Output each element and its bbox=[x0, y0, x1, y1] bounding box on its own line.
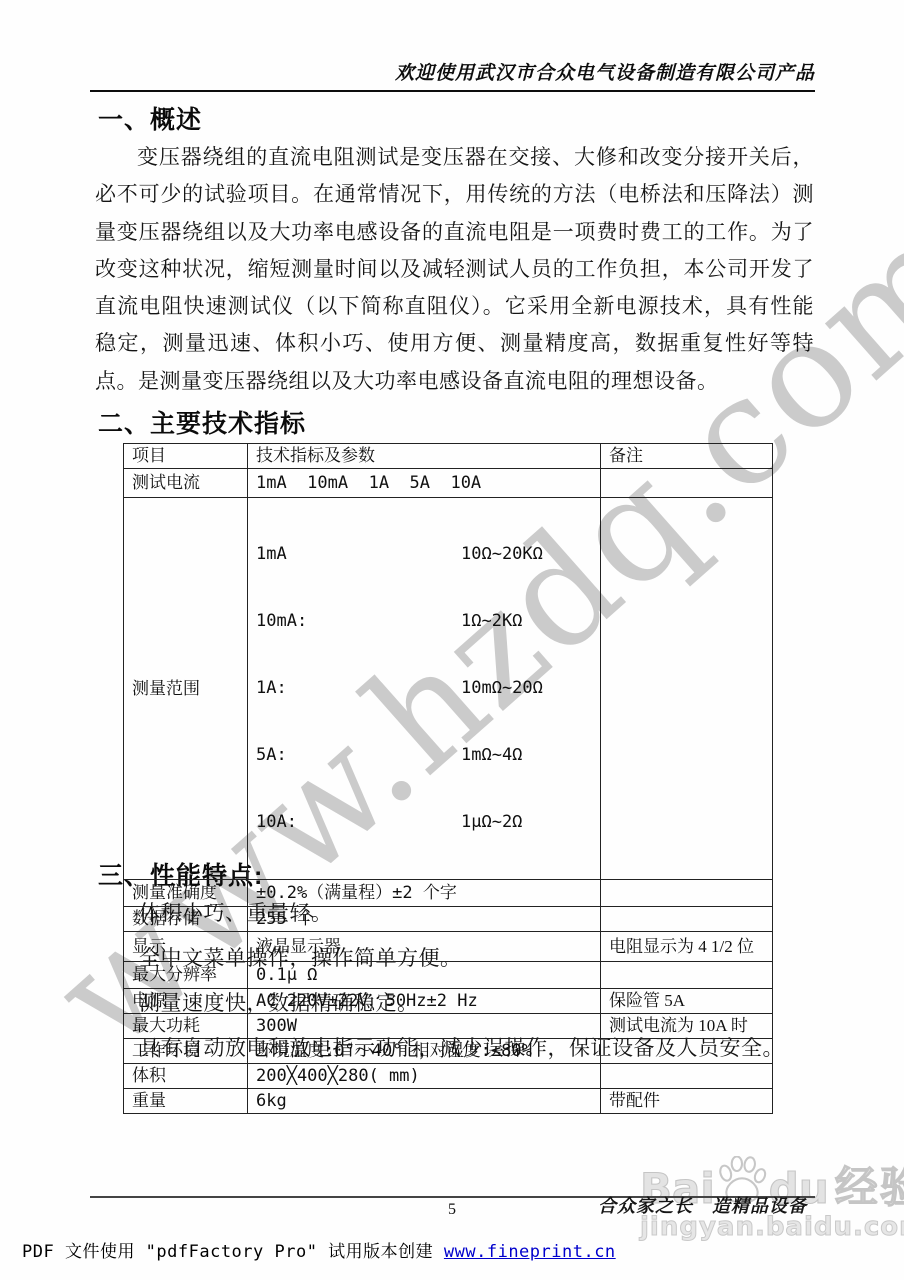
range-line: 10mA:1Ω~2KΩ bbox=[256, 610, 592, 633]
table-row: 工作环境 环境温度:0°～40° 相对湿度:≤80% bbox=[124, 1039, 773, 1064]
range-value: 1mΩ~4Ω bbox=[461, 744, 592, 767]
row-remark bbox=[601, 1039, 773, 1064]
table-header-row: 项目 技术指标及参数 备注 bbox=[124, 444, 773, 469]
pdf-factory-notice: PDF 文件使用 "pdfFactory Pro" 试用版本创建 www.fin… bbox=[22, 1237, 616, 1262]
row-value: 环境温度:0°～40° 相对湿度:≤80% bbox=[248, 1039, 601, 1064]
range-line: 1mA10Ω~20KΩ bbox=[256, 543, 592, 566]
row-value: 6kg bbox=[248, 1089, 601, 1114]
row-remark bbox=[601, 880, 773, 907]
range-value: 1Ω~2KΩ bbox=[461, 610, 592, 633]
row-remark: 电阻显示为 4 1/2 位 bbox=[601, 932, 773, 962]
range-label: 10mA: bbox=[256, 610, 461, 633]
row-value: 1mA10Ω~20KΩ 10mA:1Ω~2KΩ 1A:10mΩ~20Ω 5A:1… bbox=[248, 498, 601, 880]
document-page: www.hzdq.com 欢迎使用武汉市合众电气设备制造有限公司产品 一、概述 … bbox=[0, 0, 904, 1280]
row-item: 最大功耗 bbox=[124, 1014, 248, 1039]
row-remark: 带配件 bbox=[601, 1089, 773, 1114]
row-remark bbox=[601, 907, 773, 932]
specs-table: 项目 技术指标及参数 备注 测试电流 1mA 10mA 1A 5A 10A 测量… bbox=[123, 443, 773, 1114]
range-value: 1μΩ~2Ω bbox=[461, 811, 592, 834]
row-value: 200╳400╳280( mm) bbox=[248, 1064, 601, 1089]
row-item: 测量范围 bbox=[124, 498, 248, 880]
range-label: 1A: bbox=[256, 677, 461, 700]
range-label: 10A: bbox=[256, 811, 461, 834]
row-remark bbox=[601, 469, 773, 498]
row-item: 测量准确度 bbox=[124, 880, 248, 907]
row-value: AC 220V±22V，50Hz±2 Hz bbox=[248, 989, 601, 1014]
footer-slogan: 合众家之长 造精品设备 bbox=[598, 1192, 807, 1218]
table-row: 测试电流 1mA 10mA 1A 5A 10A bbox=[124, 469, 773, 498]
table-row: 测量准确度 ±0.2%（满量程）±2 个字 bbox=[124, 880, 773, 907]
row-value: 液晶显示器 bbox=[248, 932, 601, 962]
table-row-range: 测量范围 1mA10Ω~20KΩ 10mA:1Ω~2KΩ 1A:10mΩ~20Ω… bbox=[124, 498, 773, 880]
row-item: 最大分辨率 bbox=[124, 962, 248, 989]
table-row: 最大功耗 300W 测试电流为 10A 时 bbox=[124, 1014, 773, 1039]
range-line: 1A:10mΩ~20Ω bbox=[256, 677, 592, 700]
row-remark bbox=[601, 498, 773, 880]
row-item: 测试电流 bbox=[124, 469, 248, 498]
range-value: 10Ω~20KΩ bbox=[461, 543, 592, 566]
range-label: 5A: bbox=[256, 744, 461, 767]
row-value: 0.1μ Ω bbox=[248, 962, 601, 989]
table-row: 电源 AC 220V±22V，50Hz±2 Hz 保险管 5A bbox=[124, 989, 773, 1014]
row-value: 1mA 10mA 1A 5A 10A bbox=[248, 469, 601, 498]
row-item: 重量 bbox=[124, 1089, 248, 1114]
row-item: 体积 bbox=[124, 1064, 248, 1089]
page-content: 欢迎使用武汉市合众电气设备制造有限公司产品 一、概述 变压器绕组的直流电阻测试是… bbox=[0, 0, 904, 1280]
row-remark: 测试电流为 10A 时 bbox=[601, 1014, 773, 1039]
row-value: 255 个 bbox=[248, 907, 601, 932]
col-header-spec: 技术指标及参数 bbox=[248, 444, 601, 469]
row-item: 工作环境 bbox=[124, 1039, 248, 1064]
col-header-remark: 备注 bbox=[601, 444, 773, 469]
range-line: 5A:1mΩ~4Ω bbox=[256, 744, 592, 767]
fineprint-link[interactable]: www.fineprint.cn bbox=[444, 1242, 616, 1262]
row-remark bbox=[601, 1064, 773, 1089]
row-value: 300W bbox=[248, 1014, 601, 1039]
table-row: 最大分辨率 0.1μ Ω bbox=[124, 962, 773, 989]
range-line: 10A:1μΩ~2Ω bbox=[256, 811, 592, 834]
range-label: 1mA bbox=[256, 543, 461, 566]
pdf-factory-notice-text: PDF 文件使用 "pdfFactory Pro" 试用版本创建 bbox=[22, 1242, 444, 1262]
row-item: 电源 bbox=[124, 989, 248, 1014]
row-item: 显示 bbox=[124, 932, 248, 962]
table-row: 数据存储 255 个 bbox=[124, 907, 773, 932]
section-title-specs: 二、主要技术指标 bbox=[98, 404, 306, 440]
range-value: 10mΩ~20Ω bbox=[461, 677, 592, 700]
section-title-overview: 一、概述 bbox=[98, 100, 202, 136]
header-rule bbox=[90, 90, 815, 92]
table-row: 体积 200╳400╳280( mm) bbox=[124, 1064, 773, 1089]
row-remark: 保险管 5A bbox=[601, 989, 773, 1014]
col-header-item: 项目 bbox=[124, 444, 248, 469]
header-slogan: 欢迎使用武汉市合众电气设备制造有限公司产品 bbox=[395, 58, 815, 85]
row-value: ±0.2%（满量程）±2 个字 bbox=[248, 880, 601, 907]
table-row: 显示 液晶显示器 电阻显示为 4 1/2 位 bbox=[124, 932, 773, 962]
table-row: 重量 6kg 带配件 bbox=[124, 1089, 773, 1114]
row-item: 数据存储 bbox=[124, 907, 248, 932]
row-remark bbox=[601, 962, 773, 989]
overview-paragraph: 变压器绕组的直流电阻测试是变压器在交接、大修和改变分接开关后，必不可少的试验项目… bbox=[95, 139, 814, 400]
